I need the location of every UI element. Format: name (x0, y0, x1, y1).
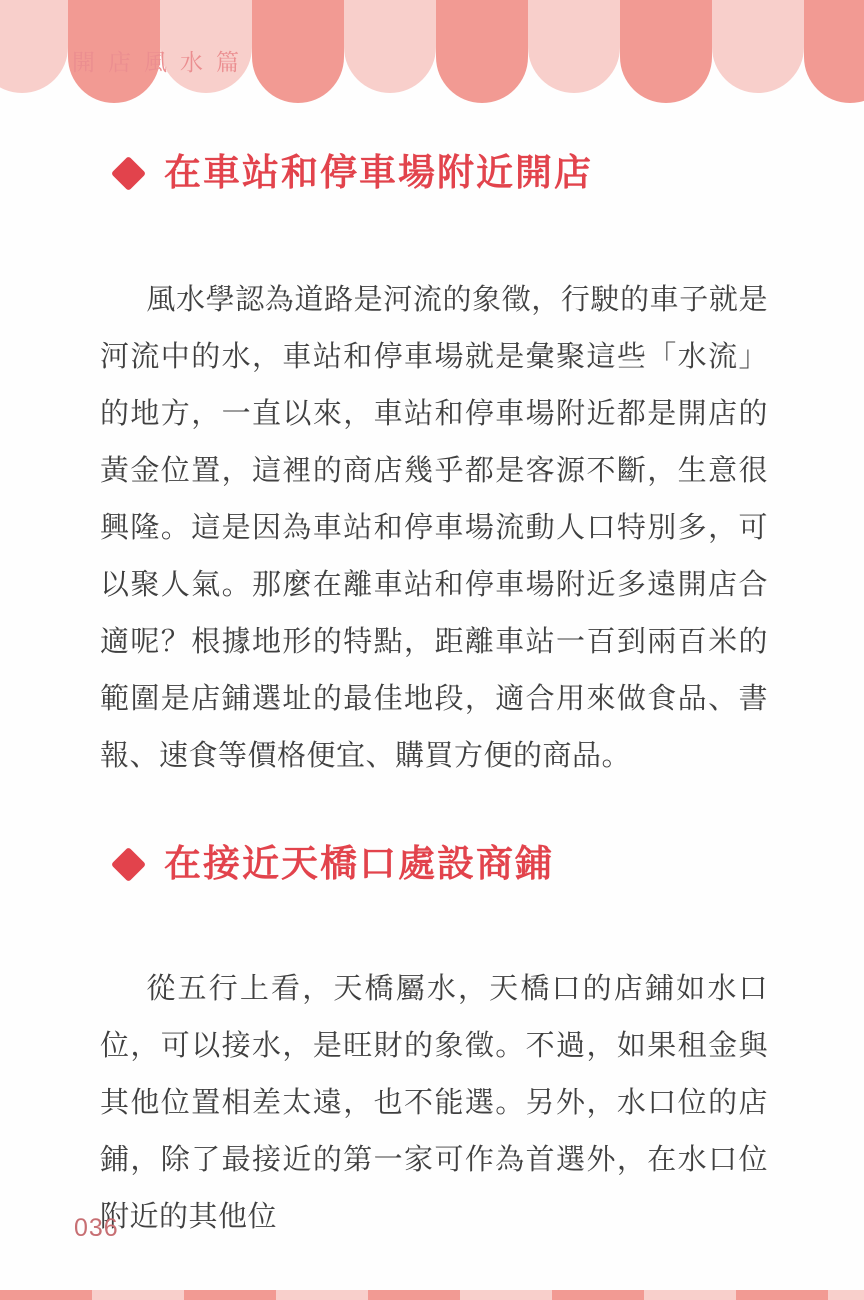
awning-stripe (0, 0, 68, 93)
diamond-bullet-icon (111, 155, 146, 190)
awning-stripe (528, 0, 620, 93)
awning-stripe (712, 0, 804, 93)
section-title: 在車站和停車場附近開店 (164, 150, 593, 196)
section-heading: 在車站和停車場附近開店 (100, 150, 768, 196)
bottom-awning-decoration (0, 1290, 864, 1300)
awning-stripe (252, 0, 344, 103)
page-number: 036 (74, 1214, 119, 1243)
page-content: 在車站和停車場附近開店 風水學認為道路是河流的象徵，行駛的車子就是河流中的水，車… (0, 102, 864, 1246)
section-footbridge: 在接近天橋口處設商鋪 從五行上看，天橋屬水，天橋口的店鋪如水口位，可以接水，是旺… (100, 841, 768, 1246)
awning-stripe (804, 0, 864, 103)
diamond-bullet-icon (111, 846, 146, 881)
section-body: 風水學認為道路是河流的象徵，行駛的車子就是河流中的水，車站和停車場就是彙聚這些「… (100, 272, 768, 785)
awning-stripe (620, 0, 712, 103)
section-heading: 在接近天橋口處設商鋪 (100, 841, 768, 887)
section-title: 在接近天橋口處設商鋪 (164, 841, 554, 887)
awning-stripe (344, 0, 436, 93)
section-station: 在車站和停車場附近開店 風水學認為道路是河流的象徵，行駛的車子就是河流中的水，車… (100, 150, 768, 785)
section-body: 從五行上看，天橋屬水，天橋口的店鋪如水口位，可以接水，是旺財的象徵。不過，如果租… (100, 961, 768, 1246)
awning-stripe (436, 0, 528, 103)
chapter-header-label: 開店風水篇 (72, 44, 252, 77)
